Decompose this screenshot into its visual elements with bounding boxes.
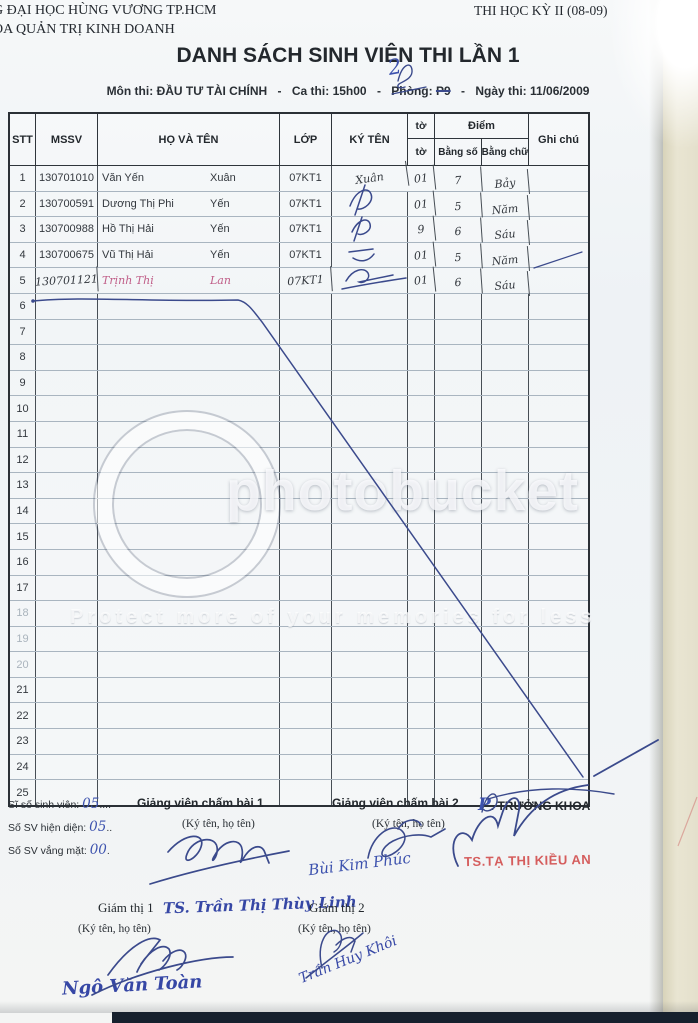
- table-row: 16: [10, 550, 588, 576]
- cell-stt: 4: [10, 243, 36, 268]
- cell-mssv: [36, 473, 98, 498]
- cell-lop: 07KT1: [280, 166, 332, 191]
- cell-ky-ten: [332, 755, 408, 780]
- cell-bang-so: 6: [434, 218, 483, 246]
- cell-bang-chu: [482, 422, 529, 447]
- cell-lop: 07KT1: [280, 243, 332, 268]
- cell-ky-ten: [332, 294, 408, 319]
- cell-ky-ten: [332, 192, 408, 217]
- cell-lop: [280, 294, 332, 319]
- cell-ho-ten: Trịnh ThịLan: [98, 268, 280, 293]
- cell-stt: 9: [10, 371, 36, 396]
- cell-ho-ten: [98, 755, 280, 780]
- cell-to: 01: [407, 241, 436, 268]
- cell-stt: 6: [10, 294, 36, 319]
- cell-ho-ten: Hồ Thị HảiYến: [98, 217, 280, 242]
- watermark-tagline: Protect more of your memories for less: [70, 606, 595, 629]
- cell-stt: 7: [10, 320, 36, 345]
- dotted-leader: .: [107, 845, 110, 857]
- cell-mssv: 130701121: [35, 267, 98, 295]
- cell-mssv: [36, 294, 98, 319]
- cell-ghi-chu: [529, 729, 588, 754]
- cell-mssv: 130701010: [36, 166, 98, 191]
- table-row: 15: [10, 524, 588, 550]
- cell-bang-chu: Năm: [481, 246, 530, 275]
- cell-bang-so: 6: [434, 269, 483, 297]
- cell-ghi-chu: [529, 652, 588, 677]
- cell-bang-so: [435, 320, 482, 345]
- cell-ky-ten: [332, 576, 408, 601]
- cell-mssv: 130700675: [36, 243, 98, 268]
- dean-red-stamp: TS.TẠ THỊ KIỀU AN: [464, 852, 591, 869]
- photo-bottom-bar: [112, 1012, 698, 1023]
- cell-to: [408, 729, 435, 754]
- given-name: Yến: [210, 249, 230, 261]
- cell-bang-chu: [482, 524, 529, 549]
- cell-ky-ten: [332, 550, 408, 575]
- cell-ho-ten: [98, 627, 280, 652]
- cell-ho-ten: [98, 345, 280, 370]
- dotted-leader: ....: [99, 799, 111, 811]
- cell-mssv: [36, 550, 98, 575]
- mon-thi-value: ĐẦU TƯ TÀI CHÍNH: [157, 84, 268, 98]
- cell-bang-chu: [482, 294, 529, 319]
- cell-ky-ten: [332, 371, 408, 396]
- cell-ghi-chu: [529, 320, 588, 345]
- sign-note-grader-2: (Ký tên, họ tên): [372, 818, 445, 830]
- cell-lop: [280, 550, 332, 575]
- university-name: G ĐẠI HỌC HÙNG VƯƠNG TP.HCM: [0, 3, 216, 19]
- table-row: 23: [10, 729, 588, 755]
- cell-stt: 22: [10, 703, 36, 728]
- cell-bang-chu: [482, 550, 529, 575]
- cell-lop: [280, 678, 332, 703]
- cell-bang-so: [435, 345, 482, 370]
- cell-bang-chu: Sáu: [481, 220, 530, 249]
- col-header-mssv: MSSV: [36, 114, 98, 165]
- col-header-lop: LỚP: [280, 114, 332, 165]
- table-row: 11: [10, 422, 588, 448]
- cell-stt: 19: [10, 627, 36, 652]
- cell-bang-so: [435, 550, 482, 575]
- grader-2-title: Giảng viên chấm bài 2: [332, 796, 459, 810]
- cell-to: [408, 627, 435, 652]
- cell-mssv: [36, 499, 98, 524]
- cell-mssv: [36, 524, 98, 549]
- table-row: 1130701010Văn YếnXuân07KT1Xuân017Bảy: [10, 166, 588, 192]
- cell-ho-ten: Văn YếnXuân: [98, 166, 280, 191]
- col-header-ky-ten: KÝ TÊN: [332, 114, 408, 165]
- col-header-to-top: tờ: [408, 114, 435, 139]
- mon-thi-label: Môn thi:: [107, 84, 154, 98]
- table-row: 10: [10, 396, 588, 422]
- cell-stt: 21: [10, 678, 36, 703]
- cell-to: 01: [407, 165, 436, 192]
- cell-ky-ten: Xuân: [331, 161, 410, 196]
- cell-lop: [280, 755, 332, 780]
- col-header-to-bottom: tờ: [408, 139, 435, 165]
- grader-1-title: Giảng viên chấm bài 1: [137, 796, 264, 810]
- cell-stt: 23: [10, 729, 36, 754]
- cell-ghi-chu: [529, 371, 588, 396]
- family-middle-name: Hồ Thị Hải: [102, 223, 154, 235]
- cell-ky-ten: [332, 243, 408, 268]
- cell-bang-chu: [482, 652, 529, 677]
- cell-lop: [280, 652, 332, 677]
- cell-lop: [280, 422, 332, 447]
- cell-lop: 07KT1: [280, 217, 332, 242]
- proctor-2-label: Giám thị 2: [309, 900, 365, 916]
- given-name: Lan: [210, 274, 231, 287]
- separator: -: [454, 84, 472, 98]
- cell-to: 01: [407, 190, 436, 217]
- cell-ho-ten: [98, 371, 280, 396]
- cell-to: [408, 320, 435, 345]
- cell-mssv: 130700591: [36, 192, 98, 217]
- cell-mssv: [36, 396, 98, 421]
- cell-ghi-chu: [529, 576, 588, 601]
- cell-ho-ten: [98, 294, 280, 319]
- cell-mssv: [36, 678, 98, 703]
- table-row: 7: [10, 320, 588, 346]
- cell-ghi-chu: [529, 268, 588, 293]
- phong-value-crossed: P9: [436, 84, 451, 98]
- cell-bang-chu: [482, 371, 529, 396]
- cell-stt: 20: [10, 652, 36, 677]
- cell-bang-so: [435, 678, 482, 703]
- cell-ky-ten: [332, 217, 408, 242]
- cell-bang-chu: [482, 345, 529, 370]
- cell-lop: [280, 524, 332, 549]
- family-middle-name: Vũ Thị Hải: [102, 249, 153, 261]
- cell-to: [408, 294, 435, 319]
- cell-stt: 5: [10, 268, 36, 293]
- cell-ghi-chu: [529, 627, 588, 652]
- cell-bang-chu: Năm: [481, 195, 530, 224]
- cell-ghi-chu: [529, 550, 588, 575]
- si-so-value-handwritten: 05: [82, 796, 99, 812]
- cell-mssv: [36, 576, 98, 601]
- cell-ky-ten: [332, 268, 408, 293]
- col-header-bang-chu: Bằng chữ: [482, 139, 529, 165]
- cell-stt: 16: [10, 550, 36, 575]
- table-row: 22: [10, 703, 588, 729]
- cell-ho-ten: [98, 678, 280, 703]
- cell-stt: 18: [10, 601, 36, 626]
- cell-bang-so: [435, 524, 482, 549]
- cell-to: [408, 755, 435, 780]
- family-middle-name: Văn Yến: [102, 172, 144, 184]
- dean-title-text: . TRƯỞNG KHOA: [491, 799, 591, 813]
- cell-stt: 12: [10, 448, 36, 473]
- table-row: 17: [10, 576, 588, 602]
- cell-stt: 3: [10, 217, 36, 242]
- cell-ky-ten: [332, 345, 408, 370]
- cell-ghi-chu: [529, 422, 588, 447]
- cell-ghi-chu: [529, 345, 588, 370]
- cell-bang-so: [435, 294, 482, 319]
- table-row: 9: [10, 371, 588, 397]
- cell-lop: [280, 371, 332, 396]
- exam-info-line: Môn thi: ĐẦU TƯ TÀI CHÍNH - Ca thi: 15h0…: [20, 84, 676, 98]
- dean-handwritten-p: P: [478, 795, 491, 815]
- cell-bang-chu: [482, 678, 529, 703]
- cell-ghi-chu: [529, 166, 588, 191]
- cell-lop: 07KT1: [279, 267, 333, 295]
- hien-dien-value-handwritten: 05: [89, 819, 106, 835]
- separator: -: [271, 84, 289, 98]
- cell-mssv: [36, 627, 98, 652]
- cell-ky-ten: [332, 703, 408, 728]
- table-row: 24: [10, 755, 588, 781]
- cell-stt: 15: [10, 524, 36, 549]
- table-header: STT MSSV HỌ VÀ TÊN LỚP KÝ TÊN tờ tờ Điểm…: [10, 114, 588, 166]
- cell-ky-ten: [332, 627, 408, 652]
- cell-ghi-chu: [529, 192, 588, 217]
- scanned-document: G ĐẠI HỌC HÙNG VƯƠNG TP.HCM OA QUẢN TRỊ …: [0, 0, 698, 1023]
- table-row: 19: [10, 627, 588, 653]
- given-name: Xuân: [210, 172, 236, 184]
- col-header-bang-so: Bằng số: [435, 139, 482, 165]
- ca-thi-value: 15h00: [333, 84, 367, 98]
- cell-bang-so: [435, 755, 482, 780]
- sign-note-proctor-2: (Ký tên, họ tên): [298, 923, 371, 935]
- dotted-leader: ..: [106, 822, 112, 834]
- family-middle-name: Dương Thị Phi: [102, 198, 174, 210]
- cell-to: [408, 345, 435, 370]
- cell-ho-ten: Vũ Thị HảiYến: [98, 243, 280, 268]
- cell-ghi-chu: [529, 396, 588, 421]
- given-name: Yến: [210, 198, 230, 210]
- cell-mssv: [36, 652, 98, 677]
- cell-to: [408, 703, 435, 728]
- col-header-ho-ten: HỌ VÀ TÊN: [98, 114, 280, 165]
- cell-ghi-chu: [529, 217, 588, 242]
- cell-stt: 1: [10, 166, 36, 191]
- cell-ghi-chu: [529, 294, 588, 319]
- phong-label: Phòng:: [391, 84, 432, 98]
- cell-bang-chu: [482, 755, 529, 780]
- cell-lop: [280, 576, 332, 601]
- cell-bang-chu: [482, 627, 529, 652]
- cell-to: [408, 524, 435, 549]
- summary-vang-mat: Số SV vắng mặt: 00.: [8, 842, 110, 858]
- cell-bang-chu: [482, 729, 529, 754]
- cell-to: [408, 550, 435, 575]
- cell-bang-chu: Bảy: [481, 169, 530, 198]
- cell-stt: 17: [10, 576, 36, 601]
- si-so-label: Sĩ số sinh viên:: [8, 799, 79, 811]
- cell-mssv: [36, 320, 98, 345]
- ngay-thi-label: Ngày thi:: [475, 84, 526, 98]
- cell-mssv: [36, 729, 98, 754]
- cell-lop: [280, 729, 332, 754]
- cell-lop: [280, 780, 332, 805]
- cell-ghi-chu: [529, 755, 588, 780]
- cell-ghi-chu: [529, 703, 588, 728]
- cell-lop: [280, 345, 332, 370]
- vang-mat-value-handwritten: 00: [90, 842, 107, 858]
- cell-bang-so: [435, 729, 482, 754]
- ngay-thi-value: 11/06/2009: [530, 84, 589, 98]
- table-row: 8: [10, 345, 588, 371]
- summary-si-so: Sĩ số sinh viên: 05....: [8, 796, 111, 812]
- cell-stt: 8: [10, 345, 36, 370]
- cell-ho-ten: Dương Thị PhiYến: [98, 192, 280, 217]
- cell-stt: 2: [10, 192, 36, 217]
- cell-to: [408, 422, 435, 447]
- watermark-brand-text: photobucket: [226, 458, 579, 524]
- cell-ky-ten: [332, 396, 408, 421]
- cell-ky-ten: [332, 729, 408, 754]
- scanner-background-strip: [663, 0, 698, 1023]
- sign-note-grader-1: (Ký tên, họ tên): [182, 818, 255, 830]
- cell-stt: 10: [10, 396, 36, 421]
- cell-stt: 13: [10, 473, 36, 498]
- cell-to: 9: [407, 216, 436, 243]
- cell-lop: [280, 703, 332, 728]
- cell-to: 01: [407, 267, 436, 294]
- dean-title: P. TRƯỞNG KHOA: [478, 795, 590, 815]
- faculty-name: OA QUẢN TRỊ KINH DOANH: [0, 22, 175, 38]
- cell-to: [408, 678, 435, 703]
- cell-mssv: [36, 422, 98, 447]
- sign-note-proctor-1: (Ký tên, họ tên): [78, 923, 151, 935]
- table-row: 21: [10, 678, 588, 704]
- cell-mssv: [36, 755, 98, 780]
- cell-bang-so: 5: [434, 192, 483, 220]
- cell-bang-so: [435, 703, 482, 728]
- cell-to: [408, 371, 435, 396]
- col-header-ghi-chu: Ghi chú: [529, 114, 588, 165]
- cell-ghi-chu: [529, 678, 588, 703]
- cell-ky-ten: [332, 320, 408, 345]
- cell-stt: 11: [10, 422, 36, 447]
- cell-mssv: [36, 371, 98, 396]
- cell-stt: 24: [10, 755, 36, 780]
- cell-ho-ten: [98, 703, 280, 728]
- exam-term: THI HỌC KỲ II (08-09): [474, 3, 607, 19]
- cell-stt: 14: [10, 499, 36, 524]
- cell-mssv: 130700988: [36, 217, 98, 242]
- page-title: DANH SÁCH SINH VIÊN THI LẦN 1: [20, 44, 676, 68]
- col-header-diem: Điểm: [435, 114, 529, 139]
- separator: -: [370, 84, 388, 98]
- cell-ky-ten: [332, 524, 408, 549]
- cell-mssv: [36, 448, 98, 473]
- cell-lop: 07KT1: [280, 192, 332, 217]
- cell-to: [408, 396, 435, 421]
- cell-lop: [280, 320, 332, 345]
- cell-lop: [280, 627, 332, 652]
- cell-bang-so: [435, 627, 482, 652]
- cell-ho-ten: [98, 320, 280, 345]
- cell-ho-ten: [98, 652, 280, 677]
- table-row: 6: [10, 294, 588, 320]
- cell-ky-ten: [332, 678, 408, 703]
- proctor-1-label: Giám thị 1: [98, 900, 154, 916]
- cell-lop: [280, 396, 332, 421]
- cell-bang-chu: [482, 576, 529, 601]
- cell-bang-chu: [482, 320, 529, 345]
- cell-ho-ten: [98, 729, 280, 754]
- cell-bang-chu: [482, 396, 529, 421]
- given-name: Yến: [210, 223, 230, 235]
- cell-ghi-chu: [529, 524, 588, 549]
- cell-to: [408, 576, 435, 601]
- table-row: 20: [10, 652, 588, 678]
- cell-to: [408, 652, 435, 677]
- paper-corner-fold: [608, 0, 698, 150]
- cell-mssv: [36, 345, 98, 370]
- cell-bang-chu: [482, 703, 529, 728]
- vang-mat-label: Số SV vắng mặt:: [8, 845, 87, 857]
- cell-ghi-chu: [529, 243, 588, 268]
- cell-bang-so: [435, 576, 482, 601]
- ca-thi-label: Ca thi:: [292, 84, 329, 98]
- col-header-stt: STT: [10, 114, 36, 165]
- cell-bang-so: 7: [434, 166, 483, 194]
- cell-ky-ten: [332, 652, 408, 677]
- cell-bang-so: [435, 396, 482, 421]
- hien-dien-label: Số SV hiện diện:: [8, 822, 86, 834]
- cell-bang-so: 5: [434, 243, 483, 271]
- cell-mssv: [36, 703, 98, 728]
- family-middle-name: Trịnh Thị: [102, 274, 154, 287]
- cell-bang-so: [435, 652, 482, 677]
- cell-bang-so: [435, 422, 482, 447]
- summary-hien-dien: Số SV hiện diện: 05..: [8, 819, 112, 835]
- cell-ky-ten: [332, 422, 408, 447]
- cell-bang-so: [435, 371, 482, 396]
